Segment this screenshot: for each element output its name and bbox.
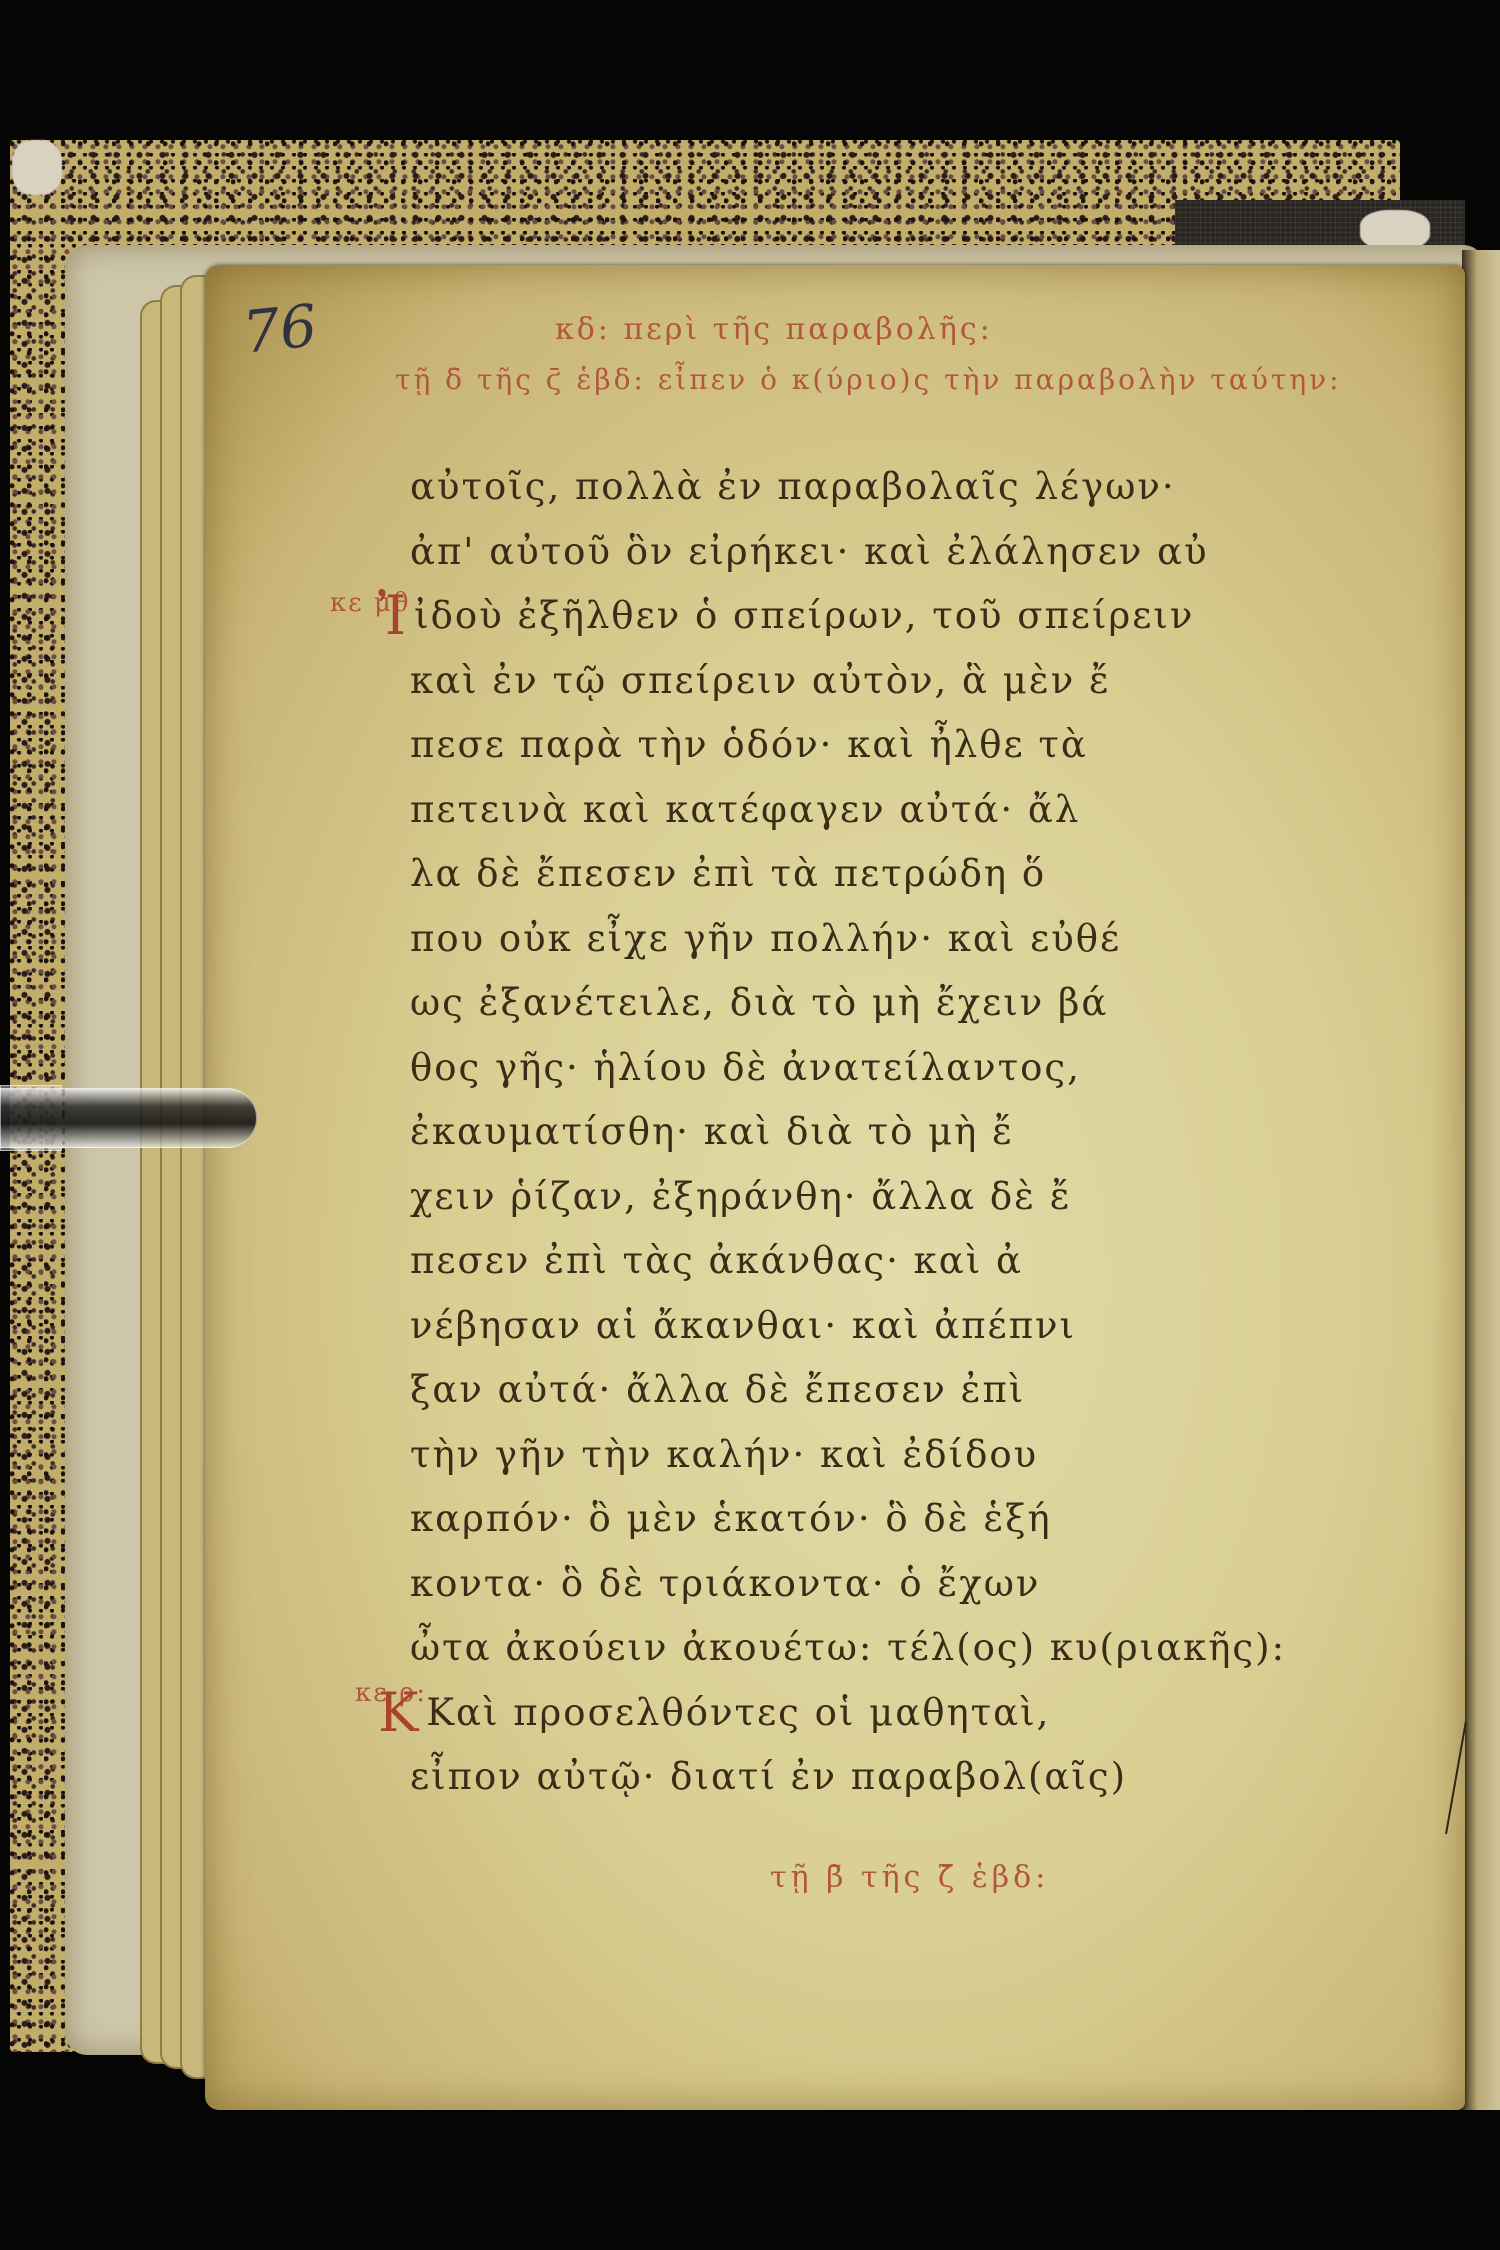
title-rubric: κδ: περὶ τῆς παραβολῆς:: [555, 312, 993, 347]
text-line: αὐτοῖς, πολλὰ ἐν παραβολαῖς λέγων·: [410, 455, 1370, 520]
red-initial: Κ: [378, 1681, 420, 1746]
footer-rubric: τῇ β̄ τῆς ζ̄ ἑβδ:: [770, 1860, 1049, 1895]
text-line: χειν ῥίζαν, ἐξηράνθη· ἄλλα δὲ ἔ: [410, 1165, 1370, 1230]
text-line: ὦτα ἀκούειν ἀκουέτω: τέλ(ος) κυ(ριακῆς):: [410, 1616, 1370, 1681]
page-holder-clip: [0, 1088, 257, 1148]
text-line-content: ἰδοὺ ἐξῆλθεν ὁ σπείρων, τοῦ σπείρειν: [414, 584, 1194, 649]
text-line: θος γῆς· ἡλίου δὲ ἀνατείλαντος,: [410, 1036, 1370, 1101]
red-initial: Ἰ: [378, 584, 408, 649]
text-line: τὴν γῆν τὴν καλήν· καὶ ἐδίδου: [410, 1423, 1370, 1488]
binding-thread: [1360, 210, 1430, 250]
folio-number: 76: [240, 291, 321, 366]
text-line: ως ἐξανέτειλε, διὰ τὸ μὴ ἔχειν βά: [410, 971, 1370, 1036]
binding-thread: [12, 140, 62, 195]
text-line: που οὐκ εἶχε γῆν πολλήν· καὶ εὐθέ: [410, 907, 1370, 972]
lection-rubric: τῇ δ̄ τῆς ϛ̄ ἑβδ: εἶπεν ὁ κ(ύριο)ς τὴν π…: [395, 363, 1342, 396]
text-line: Ἰἰδοὺ ἐξῆλθεν ὁ σπείρων, τοῦ σπείρειν: [410, 584, 1370, 649]
page-gutter: [1462, 250, 1500, 2110]
text-line: πεσε παρὰ τὴν ὁδόν· καὶ ἦλθε τὰ: [410, 713, 1370, 778]
text-line: καὶ ἐν τῷ σπείρειν αὐτὸν, ἃ μὲν ἔ: [410, 649, 1370, 714]
text-line: ξαν αὐτά· ἄλλα δὲ ἔπεσεν ἐπὶ: [410, 1358, 1370, 1423]
text-line: κοντα· ὃ δὲ τριάκοντα· ὁ ἔχων: [410, 1552, 1370, 1617]
text-line: λα δὲ ἔπεσεν ἐπὶ τὰ πετρώδη ὅ: [410, 842, 1370, 907]
text-line: νέβησαν αἱ ἄκανθαι· καὶ ἀπέπνι: [410, 1294, 1370, 1359]
text-line-content: Καὶ προσελθόντες οἱ μαθηταὶ,: [426, 1681, 1050, 1746]
main-text: αὐτοῖς, πολλὰ ἐν παραβολαῖς λέγων· ἀπ' α…: [410, 455, 1370, 1810]
text-line: ΚΚαὶ προσελθόντες οἱ μαθηταὶ,: [410, 1681, 1370, 1746]
text-line: πεσεν ἐπὶ τὰς ἀκάνθας· καὶ ἀ: [410, 1229, 1370, 1294]
text-line: πετεινὰ καὶ κατέφαγεν αὐτά· ἄλ: [410, 778, 1370, 843]
text-line: καρπόν· ὃ μὲν ἑκατόν· ὃ δὲ ἑξή: [410, 1487, 1370, 1552]
text-line: εἶπον αὐτῷ· διατί ἐν παραβολ(αῖς): [410, 1745, 1370, 1810]
text-line: ἐκαυματίσθη· καὶ διὰ τὸ μὴ ἔ: [410, 1100, 1370, 1165]
text-line: ἀπ' αὐτοῦ ὃν εἰρήκει· καὶ ἐλάλησεν αὐ: [410, 520, 1370, 585]
